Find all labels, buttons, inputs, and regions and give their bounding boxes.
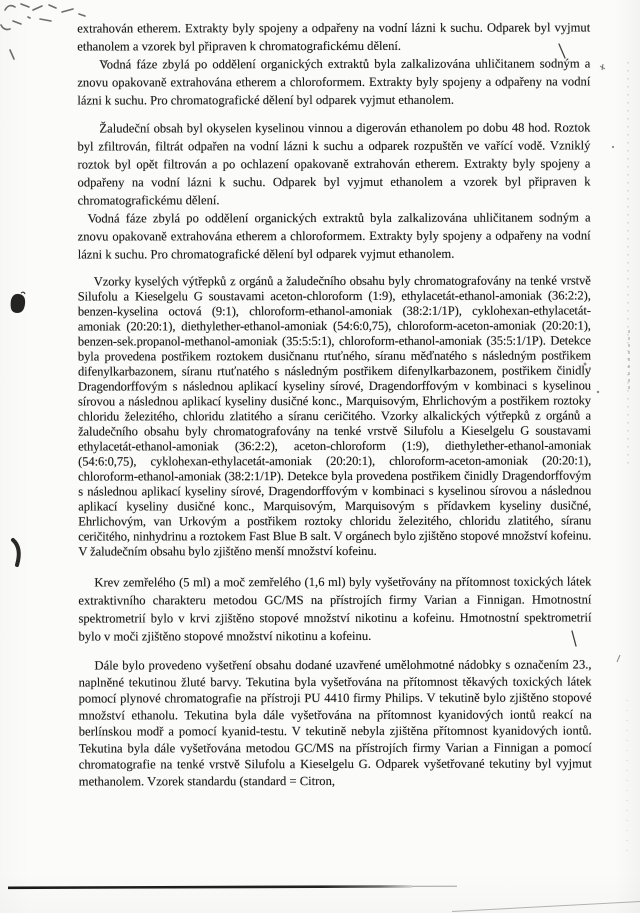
ink-blob-artifact-2 <box>13 540 19 565</box>
paragraph-extraction-continued: extrahován etherem. Extrakty byly spojen… <box>77 18 590 55</box>
paragraph-chromatography: Vzorky kyselých výtřepků z orgánů a žalu… <box>78 273 592 559</box>
paragraph-aqueous-phase-1: Vodná fáze zbylá po oddělení organických… <box>77 54 590 109</box>
paragraph-container-liquid: Dále bylo provedeno vyšetření obsahu dod… <box>79 656 592 789</box>
paragraph-aqueous-phase-2: Vodná fáze zbylá po oddělení organických… <box>78 208 591 263</box>
bottom-right-crease-line <box>452 902 640 912</box>
paragraph-blood-urine-gcms: Krev zemřelého (5 ml) a moč zemřelého (1… <box>78 572 591 645</box>
edge-noise-column <box>627 62 629 860</box>
paragraph-stomach-content: Žaludeční obsah byl okyselen kyselinou v… <box>77 118 590 209</box>
bottom-scan-line <box>8 885 457 889</box>
report-text-block: extrahován etherem. Extrakty byly spojen… <box>77 18 592 789</box>
document-page: extrahován etherem. Extrakty byly spojen… <box>0 0 640 913</box>
ink-blob-artifact-1 <box>11 292 26 313</box>
